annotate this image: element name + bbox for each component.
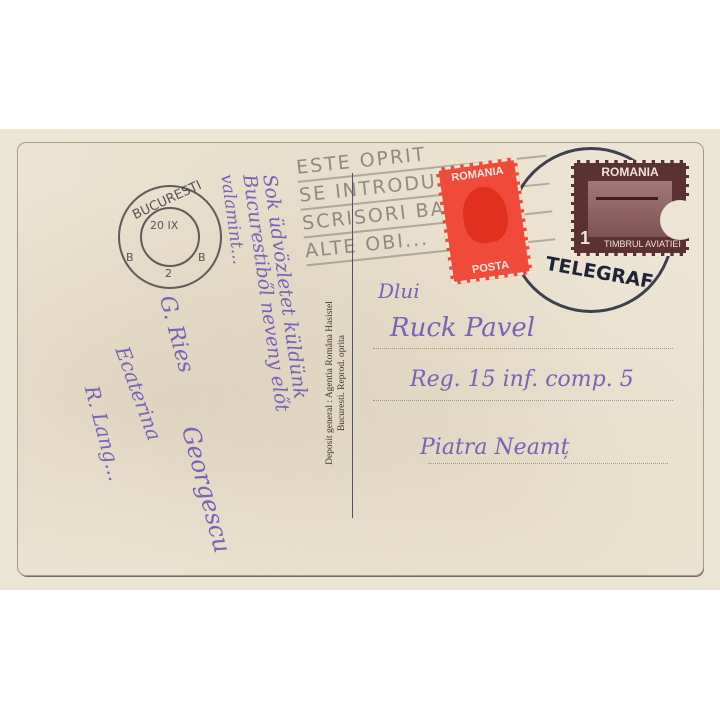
address-rule [373, 348, 673, 349]
stamp-value: 1 [580, 228, 590, 249]
signature: Ecaterina [110, 343, 166, 444]
signature: G. Ries [154, 293, 199, 375]
address-rule [373, 400, 673, 401]
publisher-imprint: Deposit general : Agentia Româna Hasiste… [324, 253, 348, 513]
airplane-icon [596, 197, 658, 200]
address-rule [428, 463, 668, 464]
signature: Georgescu [176, 423, 237, 556]
stamp-tear [660, 200, 700, 240]
imprint-line: Deposit general : Agentia Româna Hasiste… [324, 253, 336, 513]
address-line: Reg. 15 inf. comp. 5 [410, 367, 634, 392]
portrait-icon [459, 184, 510, 246]
red-postage-stamp: ROMANIA POSTA [435, 157, 533, 285]
postmark-number: 2 [165, 267, 172, 280]
stamp-label: POSTA [452, 256, 529, 278]
imprint-line: Bucuresti. Reprod. oprita [336, 253, 348, 513]
postmark-date: 20 IX [150, 219, 178, 232]
stamp-label: TIMBRUL AVIATIEI [604, 239, 681, 249]
postmark-letter: B [198, 251, 206, 264]
signature: R. Lang... [80, 383, 128, 484]
stamp-country: ROMANIA [439, 163, 516, 185]
address-city: Piatra Neamț [420, 435, 570, 460]
stamp-country: ROMANIA [574, 165, 686, 179]
mountain-scene-icon [588, 181, 672, 237]
address-name: Ruck Pavel [390, 313, 535, 343]
salutation: Dlui [378, 279, 420, 303]
divider-line [352, 173, 353, 518]
postmark-letter: B [126, 251, 134, 264]
